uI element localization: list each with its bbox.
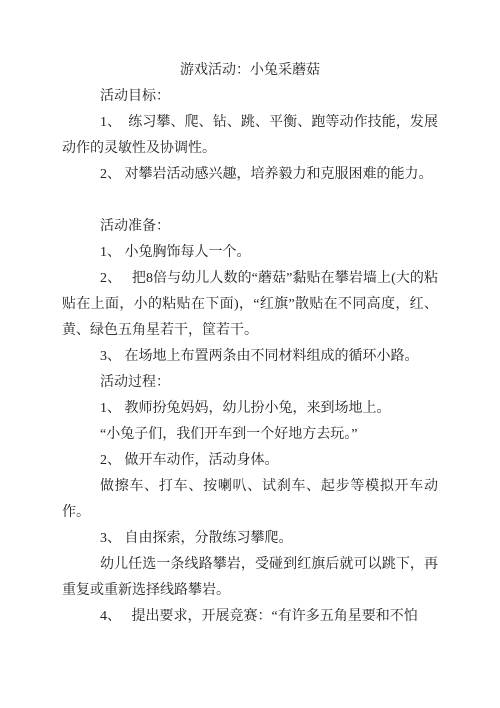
- section-heading: 活动过程：: [62, 370, 438, 396]
- body-paragraph: 做擦车、打车、按喇叭、试刹车、起步等模拟开车动作。: [62, 474, 438, 526]
- numbered-list-item: 1、 小兔胸饰每人一个。: [62, 240, 438, 266]
- numbered-list-item: 2、 对攀岩活动感兴趣，培养毅力和克服困难的能力。: [62, 162, 438, 188]
- document-page: 游戏活动：小兔采蘑菇 活动目标：1、 练习攀、爬、钻、跳、平衡、跑等动作技能，发…: [0, 0, 500, 708]
- numbered-list-item: 2、 做开车动作，活动身体。: [62, 448, 438, 474]
- dialogue-line: “小兔子们，我们开车到一个好地方去玩。”: [62, 422, 438, 448]
- section-heading: 活动准备：: [62, 214, 438, 240]
- numbered-list-item: 3、 自由探索，分散练习攀爬。: [62, 526, 438, 552]
- body-paragraph: 幼儿任选一条线路攀岩，受碰到红旗后就可以跳下，再重复或重新选择线路攀岩。: [62, 552, 438, 604]
- section-heading: 活动目标：: [62, 84, 438, 110]
- numbered-list-item: 3、 在场地上布置两条由不同材料组成的循环小路。: [62, 344, 438, 370]
- document-body: 活动目标：1、 练习攀、爬、钻、跳、平衡、跑等动作技能，发展动作的灵敏性及协调性…: [62, 84, 438, 630]
- numbered-list-item: 1、 教师扮兔妈妈，幼儿扮小兔，来到场地上。: [62, 396, 438, 422]
- numbered-list-item: 4、 提出要求，开展竞赛：“有许多五角星要和不怕: [62, 604, 438, 630]
- document-title: 游戏活动：小兔采蘑菇: [62, 58, 438, 84]
- numbered-list-item: 1、 练习攀、爬、钻、跳、平衡、跑等动作技能，发展动作的灵敏性及协调性。: [62, 110, 438, 162]
- numbered-list-item: 2、 把8倍与幼儿人数的“蘑菇”黏贴在攀岩墙上(大的粘贴在上面，小的粘贴在下面)…: [62, 266, 438, 344]
